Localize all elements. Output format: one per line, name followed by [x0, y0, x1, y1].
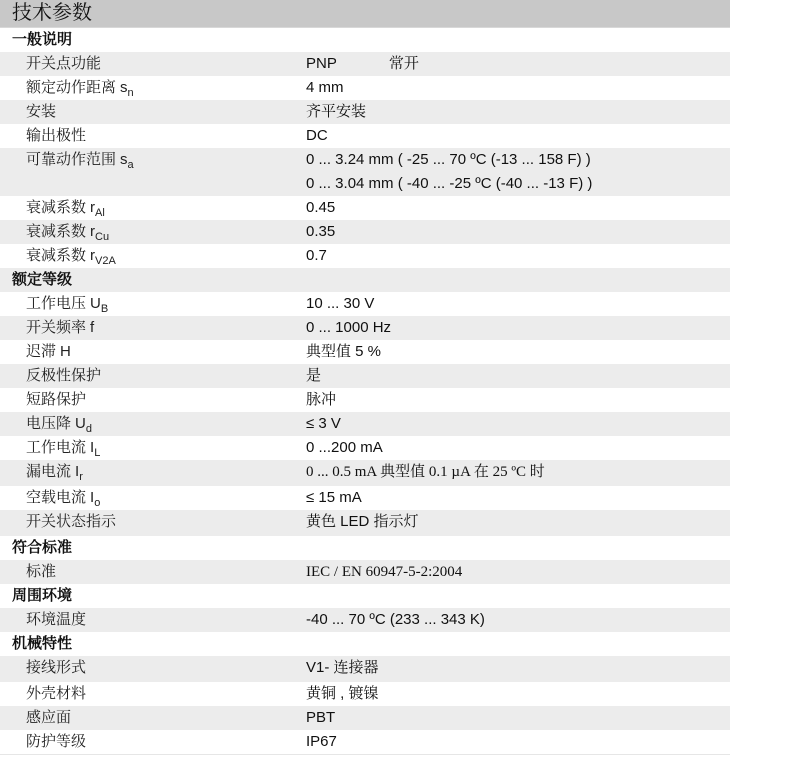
row-label: 衰减系数rV2A [0, 244, 296, 268]
row-label: 输出极性 [0, 124, 296, 148]
row-label: 迟滞H [0, 340, 296, 364]
row-value: 脉冲 [296, 388, 730, 412]
table-row: 迟滞H 典型值 5 % [0, 340, 730, 364]
spec-table: 技术参数 一般说明 开关点功能 PNP常开 额定动作距离sn 4 mm 安装 齐… [0, 0, 730, 755]
table-row: 输出极性 DC [0, 124, 730, 148]
row-value: ≤ 3 V [296, 412, 730, 436]
row-label: 感应面 [0, 706, 296, 730]
row-label: 漏电流Ir [0, 460, 296, 486]
section-title: 一般说明 [0, 28, 72, 52]
section-title: 符合标准 [0, 536, 72, 560]
row-label: 反极性保护 [0, 364, 296, 388]
section-title: 周围环境 [0, 584, 72, 608]
table-row: 接线形式 V1- 连接器 [0, 656, 730, 682]
table-row: 工作电流IL 0 ...200 mA [0, 436, 730, 460]
row-label: 开关频率f [0, 316, 296, 340]
row-label: 额定动作距离sn [0, 76, 296, 100]
row-label: 工作电流IL [0, 436, 296, 460]
table-row: 电压降Ud ≤ 3 V [0, 412, 730, 436]
row-value: DC [296, 124, 730, 148]
table-row: 衰减系数rCu 0.35 [0, 220, 730, 244]
row-value: IEC / EN 60947-5-2:2004 [296, 560, 730, 584]
row-value: PNP常开 [296, 52, 730, 76]
section-header-environment: 周围环境 [0, 584, 730, 608]
row-value: PBT [296, 706, 730, 730]
row-value: 黄铜 , 镀镍 [296, 682, 730, 706]
row-value: V1- 连接器 [296, 656, 730, 682]
row-label: 电压降Ud [0, 412, 296, 436]
section-title: 机械特性 [0, 632, 72, 656]
row-label: 可靠动作范围sa [0, 148, 296, 196]
row-value: 是 [296, 364, 730, 388]
row-label: 开关点功能 [0, 52, 296, 76]
row-value: 4 mm [296, 76, 730, 100]
table-row: 感应面 PBT [0, 706, 730, 730]
table-row: 空载电流Io ≤ 15 mA [0, 486, 730, 510]
table-row: 工作电压UB 10 ... 30 V [0, 292, 730, 316]
row-value: 10 ... 30 V [296, 292, 730, 316]
row-label: 开关状态指示 [0, 510, 296, 536]
divider [0, 754, 730, 755]
row-value: 0 ... 1000 Hz [296, 316, 730, 340]
table-row: 开关点功能 PNP常开 [0, 52, 730, 76]
row-label: 空载电流Io [0, 486, 296, 510]
row-value: 0 ... 0.5 mA 典型值 0.1 µA 在 25 ºC 时 [296, 460, 730, 486]
page-title: 技术参数 [0, 0, 730, 28]
row-value: 齐平安装 [296, 100, 730, 124]
table-row: 衰减系数rAl 0.45 [0, 196, 730, 220]
row-label: 外壳材料 [0, 682, 296, 706]
row-label: 衰减系数rAl [0, 196, 296, 220]
row-value: IP67 [296, 730, 730, 754]
section-header-standards: 符合标准 [0, 536, 730, 560]
row-label: 防护等级 [0, 730, 296, 754]
table-row: 衰减系数rV2A 0.7 [0, 244, 730, 268]
table-row: 额定动作距离sn 4 mm [0, 76, 730, 100]
row-value: 0 ...200 mA [296, 436, 730, 460]
row-label: 标准 [0, 560, 296, 584]
table-row: 开关状态指示 黄色 LED 指示灯 [0, 510, 730, 536]
row-value: 典型值 5 % [296, 340, 730, 364]
row-value: -40 ... 70 ºC (233 ... 343 K) [296, 608, 730, 632]
row-label: 短路保护 [0, 388, 296, 412]
table-row: 漏电流Ir 0 ... 0.5 mA 典型值 0.1 µA 在 25 ºC 时 [0, 460, 730, 486]
row-label: 安装 [0, 100, 296, 124]
section-header-ratings: 额定等级 [0, 268, 730, 292]
table-row: 开关频率f 0 ... 1000 Hz [0, 316, 730, 340]
row-label: 衰减系数rCu [0, 220, 296, 244]
row-label: 环境温度 [0, 608, 296, 632]
row-value: 黄色 LED 指示灯 [296, 510, 730, 536]
table-row: 外壳材料 黄铜 , 镀镍 [0, 682, 730, 706]
row-value: ≤ 15 mA [296, 486, 730, 510]
table-row: 安装 齐平安装 [0, 100, 730, 124]
table-row: 防护等级 IP67 [0, 730, 730, 754]
section-header-general: 一般说明 [0, 28, 730, 52]
row-value: 0.35 [296, 220, 730, 244]
table-row: 短路保护 脉冲 [0, 388, 730, 412]
section-header-mechanical: 机械特性 [0, 632, 730, 656]
table-row: 标准 IEC / EN 60947-5-2:2004 [0, 560, 730, 584]
row-value: 0.45 [296, 196, 730, 220]
row-label: 接线形式 [0, 656, 296, 682]
row-value: 0 ... 3.24 mm ( -25 ... 70 ºC (-13 ... 1… [296, 148, 730, 196]
row-value: 0.7 [296, 244, 730, 268]
section-title: 额定等级 [0, 268, 72, 292]
table-row: 环境温度 -40 ... 70 ºC (233 ... 343 K) [0, 608, 730, 632]
table-row: 可靠动作范围sa 0 ... 3.24 mm ( -25 ... 70 ºC (… [0, 148, 730, 196]
row-label: 工作电压UB [0, 292, 296, 316]
table-row: 反极性保护 是 [0, 364, 730, 388]
